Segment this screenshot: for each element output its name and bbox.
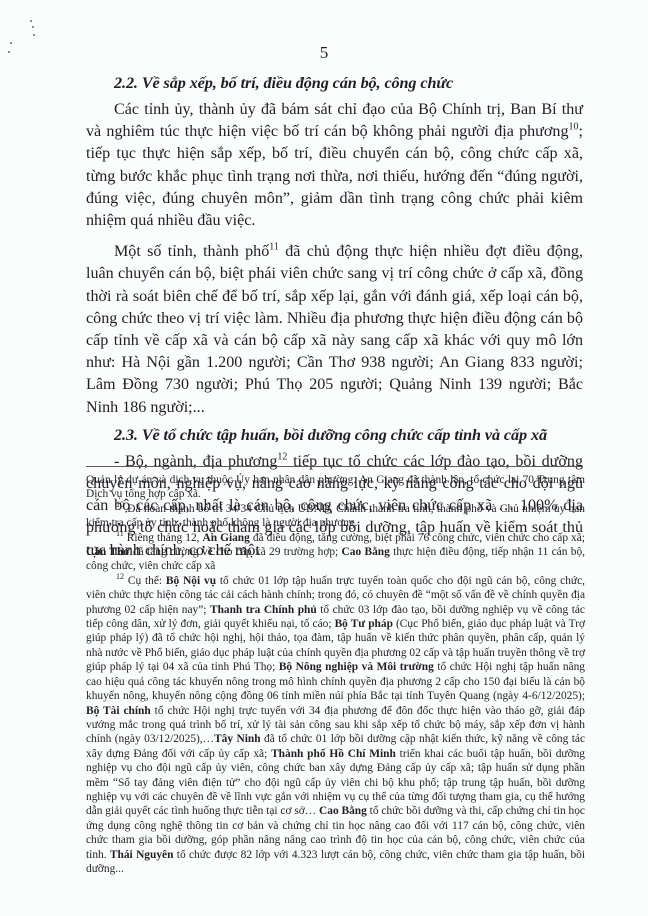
document-page: 5 2.2. Về sắp xếp, bố trí, điều động cán… — [0, 0, 648, 916]
section-heading-2-2: 2.2. Về sắp xếp, bố trí, điều động cán b… — [86, 70, 583, 96]
footnote-10: 10 Đã hoàn thành bố trí 34/34 Chủ tịch U… — [86, 502, 585, 531]
scan-speck — [30, 20, 32, 22]
scan-speck — [32, 26, 34, 28]
page-number: 5 — [0, 43, 648, 63]
scan-speck — [33, 34, 35, 36]
section-heading-2-3: 2.3. Về tổ chức tập huấn, bồi dưỡng công… — [86, 422, 583, 448]
footnote-ref-11[interactable]: 11 — [269, 242, 279, 253]
paragraph-2-2-1: Các tỉnh ủy, thành ủy đã bám sát chỉ đạo… — [86, 99, 583, 232]
footnote-ref-12[interactable]: 12 — [277, 451, 287, 462]
footnote-11: 11 Riêng tháng 12, An Giang đã điều động… — [86, 531, 585, 574]
footnote-ref-10[interactable]: 10 — [569, 122, 579, 133]
paragraph-2-2-2: Một số tỉnh, thành phố11 đã chủ động thự… — [86, 241, 583, 419]
footnote-separator — [86, 466, 583, 467]
footnote-12: 12 Cụ thể: Bộ Nội vụ tổ chức 01 lớp tập … — [86, 574, 585, 877]
footnotes: Quản lý dự án và dịch vụ thuộc Ủy ban nh… — [86, 473, 585, 876]
footnote-continued: Quản lý dự án và dịch vụ thuộc Ủy ban nh… — [86, 473, 585, 502]
